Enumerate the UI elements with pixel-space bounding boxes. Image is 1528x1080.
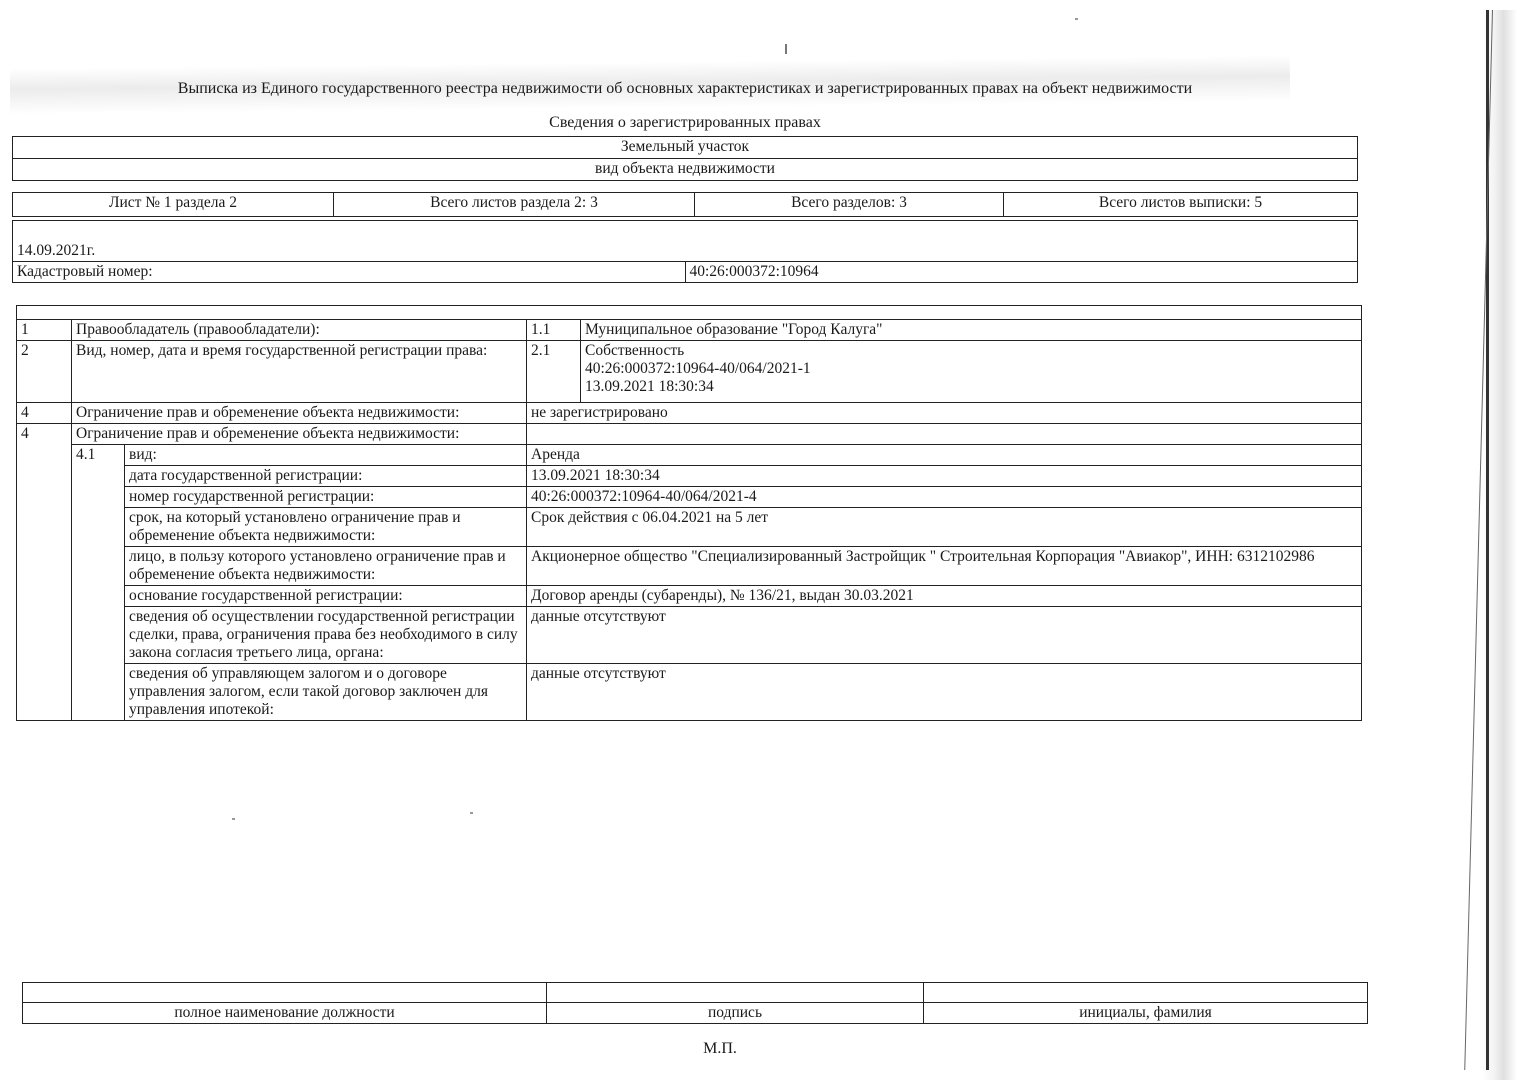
field-value: 13.09.2021 18:30:34	[527, 466, 1362, 487]
sheet-info-table: Лист № 1 раздела 2 Всего листов раздела …	[12, 192, 1358, 217]
sheet-number: Лист № 1 раздела 2	[13, 193, 334, 217]
total-sheet-count: Всего листов выписки: 5	[1004, 193, 1358, 217]
section-sheet-count: Всего листов раздела 2: 3	[334, 193, 695, 217]
row-subnumber: 2.1	[527, 341, 581, 403]
table-row: 4.1 вид: Аренда	[17, 445, 1362, 466]
field-value: Договор аренды (субаренды), № 136/21, вы…	[527, 586, 1362, 607]
rights-table: 1 Правообладатель (правообладатели): 1.1…	[16, 305, 1362, 721]
field-label: дата государственной регистрации:	[125, 466, 527, 487]
scan-speck	[232, 818, 235, 820]
row-number: 4	[17, 403, 72, 424]
scan-speck	[785, 44, 787, 54]
row-number: 2	[17, 341, 72, 403]
field-value: Аренда	[527, 445, 1362, 466]
cadastral-table: 14.09.2021г. Кадастровый номер: 40:26:00…	[12, 220, 1358, 283]
field-label: сведения об осуществлении государственно…	[125, 607, 527, 664]
right-type: Собственность	[585, 342, 1357, 360]
field-value: Срок действия с 06.04.2021 на 5 лет	[527, 508, 1362, 547]
object-type-caption: вид объекта недвижимости	[13, 159, 1358, 181]
field-label: сведения об управляющем залогом и о дого…	[125, 664, 527, 721]
field-value: 40:26:000372:10964-40/064/2021-4	[527, 487, 1362, 508]
row-subnumber: 1.1	[527, 320, 581, 341]
cadastral-number: 40:26:000372:10964	[685, 261, 1358, 282]
stamp-placeholder: М.П.	[0, 1040, 1440, 1058]
signature-caption: подпись	[547, 1003, 924, 1024]
object-type: Земельный участок	[13, 137, 1358, 159]
name-field	[924, 983, 1368, 1003]
field-value: данные отсутствуют	[527, 664, 1362, 721]
registration-info: Собственность 40:26:000372:10964-40/064/…	[581, 341, 1362, 403]
table-row: срок, на который установлено ограничение…	[17, 508, 1362, 547]
table-row: номер государственной регистрации: 40:26…	[17, 487, 1362, 508]
table-row: 2 Вид, номер, дата и время государственн…	[17, 341, 1362, 403]
row-label: Вид, номер, дата и время государственной…	[72, 341, 527, 403]
field-label: номер государственной регистрации:	[125, 487, 527, 508]
name-caption: инициалы, фамилия	[924, 1003, 1368, 1024]
table-row: основание государственной регистрации: Д…	[17, 586, 1362, 607]
field-label: вид:	[125, 445, 527, 466]
scan-speck	[1075, 18, 1078, 20]
field-value: данные отсутствуют	[527, 607, 1362, 664]
extract-date: 14.09.2021г.	[13, 241, 1358, 262]
row-number: 4	[17, 424, 72, 721]
position-field	[23, 983, 547, 1003]
cadastral-label: Кадастровый номер:	[13, 261, 686, 282]
signature-field	[547, 983, 924, 1003]
row-label: Ограничение прав и обременение объекта н…	[72, 424, 527, 445]
row-label: Ограничение прав и обременение объекта н…	[72, 403, 527, 424]
table-row: 4 Ограничение прав и обременение объекта…	[17, 403, 1362, 424]
position-caption: полное наименование должности	[23, 1003, 547, 1024]
section-count: Всего разделов: 3	[695, 193, 1004, 217]
encumbrance-status: не зарегистрировано	[527, 403, 1362, 424]
field-label: лицо, в пользу которого установлено огра…	[125, 547, 527, 586]
row-label: Правообладатель (правообладатели):	[72, 320, 527, 341]
field-value: Акционерное общество "Специализированный…	[527, 547, 1362, 586]
registration-number: 40:26:000372:10964-40/064/2021-1	[585, 360, 1357, 378]
row-subnumber: 4.1	[72, 445, 125, 721]
table-row: 4 Ограничение прав и обременение объекта…	[17, 424, 1362, 445]
row-number: 1	[17, 320, 72, 341]
document-subtitle: Сведения о зарегистрированных правах	[0, 114, 1370, 132]
table-row: сведения об осуществлении государственно…	[17, 607, 1362, 664]
rights-holder: Муниципальное образование "Город Калуга"	[581, 320, 1362, 341]
table-row: лицо, в пользу которого установлено огра…	[17, 547, 1362, 586]
field-label: основание государственной регистрации:	[125, 586, 527, 607]
registration-datetime: 13.09.2021 18:30:34	[585, 378, 1357, 396]
document-title: Выписка из Единого государственного реес…	[0, 80, 1370, 98]
table-row: 1 Правообладатель (правообладатели): 1.1…	[17, 320, 1362, 341]
field-label: срок, на который установлено ограничение…	[125, 508, 527, 547]
table-row: сведения об управляющем залогом и о дого…	[17, 664, 1362, 721]
table-row: дата государственной регистрации: 13.09.…	[17, 466, 1362, 487]
scan-speck	[470, 812, 473, 814]
object-type-table: Земельный участок вид объекта недвижимос…	[12, 136, 1358, 181]
signature-table: полное наименование должности подпись ин…	[22, 982, 1368, 1024]
